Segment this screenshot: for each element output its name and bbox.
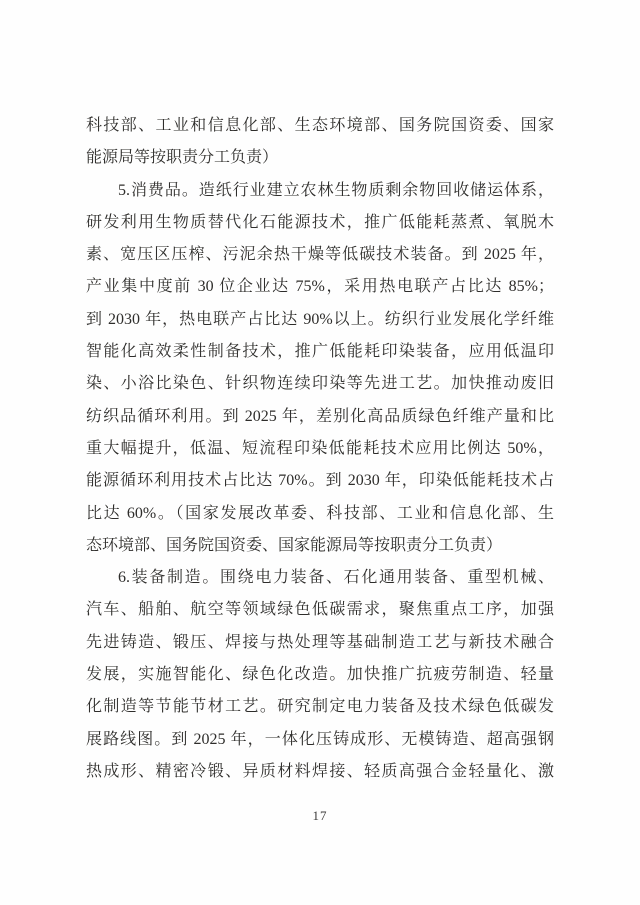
text-line: 热成形、精密冷锻、异质材料焊接、轻质高强合金轻量化、激 <box>86 756 554 788</box>
text-line: 6.装备制造。围绕电力装备、石化通用装备、重型机械、 <box>86 562 554 594</box>
text-line: 纺织品循环利用。到 2025 年，差别化高品质绿色纤维产量和比 <box>86 401 554 433</box>
text-line: 化制造等节能节材工艺。研究制定电力装备及技术绿色低碳发 <box>86 691 554 723</box>
text-line: 汽车、船舶、航空等领域绿色低碳需求，聚焦重点工序，加强 <box>86 594 554 626</box>
text-line: 能源循环利用技术占比达 70%。到 2030 年，印染低能耗技术占 <box>86 465 554 497</box>
text-line: 5.消费品。造纸行业建立农林生物质剩余物回收储运体系， <box>86 175 554 207</box>
text-line: 染、小浴比染色、针织物连续印染等先进工艺。加快推动废旧 <box>86 368 554 400</box>
text-line: 能源局等按职责分工负责） <box>86 142 554 174</box>
text-line: 发展，实施智能化、绿色化改造。加快推广抗疲劳制造、轻量 <box>86 659 554 691</box>
text-line: 产业集中度前 30 位企业达 75%，采用热电联产占比达 85%； <box>86 271 554 303</box>
text-line: 素、宽压区压榨、污泥余热干燥等低碳技术装备。到 2025 年， <box>86 239 554 271</box>
text-line: 研发利用生物质替代化石能源技术，推广低能耗蒸煮、氧脱木 <box>86 207 554 239</box>
page-number: 17 <box>0 808 640 824</box>
text-line: 态环境部、国务院国资委、国家能源局等按职责分工负责） <box>86 530 554 562</box>
text-line: 先进铸造、锻压、焊接与热处理等基础制造工艺与新技术融合 <box>86 627 554 659</box>
text-line: 科技部、工业和信息化部、生态环境部、国务院国资委、国家 <box>86 110 554 142</box>
document-page: 科技部、工业和信息化部、生态环境部、国务院国资委、国家能源局等按职责分工负责）5… <box>0 0 640 905</box>
text-line: 重大幅提升，低温、短流程印染低能耗技术应用比例达 50%， <box>86 433 554 465</box>
text-line: 比达 60%。（国家发展改革委、科技部、工业和信息化部、生 <box>86 498 554 530</box>
body-text-block: 科技部、工业和信息化部、生态环境部、国务院国资委、国家能源局等按职责分工负责）5… <box>86 110 554 788</box>
text-line: 到 2030 年，热电联产占比达 90%以上。纺织行业发展化学纤维 <box>86 304 554 336</box>
text-line: 展路线图。到 2025 年，一体化压铸成形、无模铸造、超高强钢 <box>86 724 554 756</box>
text-line: 智能化高效柔性制备技术，推广低能耗印染装备，应用低温印 <box>86 336 554 368</box>
